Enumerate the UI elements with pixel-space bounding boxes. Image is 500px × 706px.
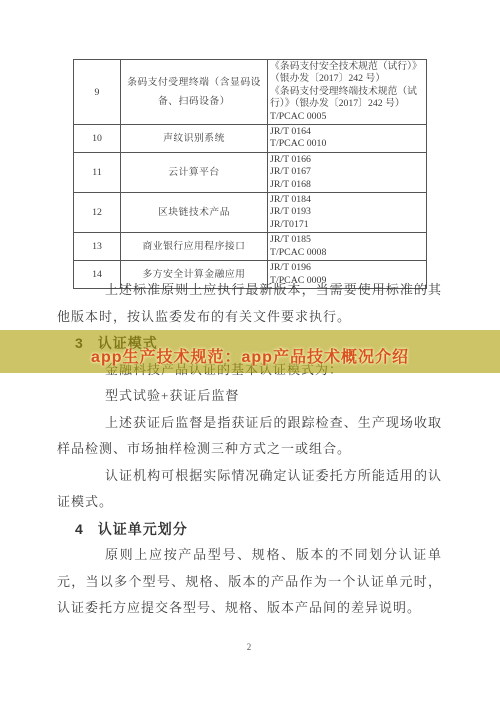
row-product: 商业银行应用程序接口 xyxy=(121,233,268,261)
paragraph-type-test: 型式试验+获证后监督 xyxy=(57,383,442,410)
row-number: 13 xyxy=(74,233,121,261)
standard-line: JR/T 0164 xyxy=(270,126,424,138)
document-page: 9 条码支付受理终端（含显码设备、扫码设备） 《条码支付安全技术规范（试行）》（… xyxy=(0,0,500,706)
standard-line: JR/T 0196 xyxy=(270,262,424,274)
row-standards: JR/T 0184JR/T 0193JR/T0171 xyxy=(268,193,427,233)
paragraph-standards-note: 上述标准原则上应执行最新版本，当需要使用标准的其他版本时，按认监委发布的有关文件… xyxy=(57,277,442,330)
standard-line: JR/T 0184 xyxy=(270,194,424,206)
standard-line: 《条码支付受理终端技术规范（试行）》（银办发〔2017〕242 号） xyxy=(270,86,424,111)
table-row: 9 条码支付受理终端（含显码设备、扫码设备） 《条码支付安全技术规范（试行）》（… xyxy=(74,60,427,125)
row-product: 条码支付受理终端（含显码设备、扫码设备） xyxy=(121,60,268,125)
standards-table: 9 条码支付受理终端（含显码设备、扫码设备） 《条码支付安全技术规范（试行）》（… xyxy=(73,59,427,289)
row-number: 12 xyxy=(74,193,121,233)
watermark-banner: app生产技术规范：app产品技术概况介绍 xyxy=(0,330,500,373)
standard-line: T/PCAC 0010 xyxy=(270,138,424,150)
watermark-banner-title: app生产技术规范：app产品技术概况介绍 xyxy=(91,344,409,367)
table-row: 12 区块链技术产品 JR/T 0184JR/T 0193JR/T0171 xyxy=(74,193,427,233)
table-row: 11 云计算平台 JR/T 0166JR/T 0167JR/T 0168 xyxy=(74,152,427,192)
standard-line: 《条码支付安全技术规范（试行）》（银办发〔2017〕242 号） xyxy=(270,61,424,86)
standard-line: JR/T 0168 xyxy=(270,179,424,191)
standard-line: JR/T 0166 xyxy=(270,154,424,166)
paragraph-cert-body: 认证机构可根据实际情况确定认证委托方所能适用的认证模式。 xyxy=(57,463,442,516)
table-row: 10 声纹识别系统 JR/T 0164T/PCAC 0010 xyxy=(74,125,427,153)
row-number: 9 xyxy=(74,60,121,125)
section-4-number: 4 xyxy=(75,521,84,537)
row-product: 云计算平台 xyxy=(121,152,268,192)
standard-line: JR/T0171 xyxy=(270,219,424,231)
row-number: 10 xyxy=(74,125,121,153)
row-standards: 《条码支付安全技术规范（试行）》（银办发〔2017〕242 号）《条码支付受理终… xyxy=(268,60,427,125)
page-number: 2 xyxy=(0,642,498,652)
paragraph-unit-division: 原则上应按产品型号、规格、版本的不同划分认证单元，当以多个型号、规格、版本的产品… xyxy=(57,542,442,622)
section-4-heading: 4认证单元划分 xyxy=(57,516,442,543)
standard-line: JR/T 0167 xyxy=(270,166,424,178)
table-row: 13 商业银行应用程序接口 JR/T 0185T/PCAC 0008 xyxy=(74,233,427,261)
standard-line: T/PCAC 0005 xyxy=(270,111,424,123)
standard-line: JR/T 0185 xyxy=(270,234,424,246)
section-4-title: 认证单元划分 xyxy=(98,521,188,537)
standard-line: T/PCAC 0008 xyxy=(270,247,424,259)
document-body: 上述标准原则上应执行最新版本，当需要使用标准的其他版本时，按认监委发布的有关文件… xyxy=(57,277,442,622)
row-standards: JR/T 0185T/PCAC 0008 xyxy=(268,233,427,261)
row-number: 11 xyxy=(74,152,121,192)
row-standards: JR/T 0164T/PCAC 0010 xyxy=(268,125,427,153)
row-standards: JR/T 0166JR/T 0167JR/T 0168 xyxy=(268,152,427,192)
row-product: 声纹识别系统 xyxy=(121,125,268,153)
paragraph-supervision: 上述获证后监督是指获证后的跟踪检查、生产现场收取样品检测、市场抽样检测三种方式之… xyxy=(57,410,442,463)
standard-line: JR/T 0193 xyxy=(270,206,424,218)
row-product: 区块链技术产品 xyxy=(121,193,268,233)
standards-table-body: 9 条码支付受理终端（含显码设备、扫码设备） 《条码支付安全技术规范（试行）》（… xyxy=(74,60,427,289)
